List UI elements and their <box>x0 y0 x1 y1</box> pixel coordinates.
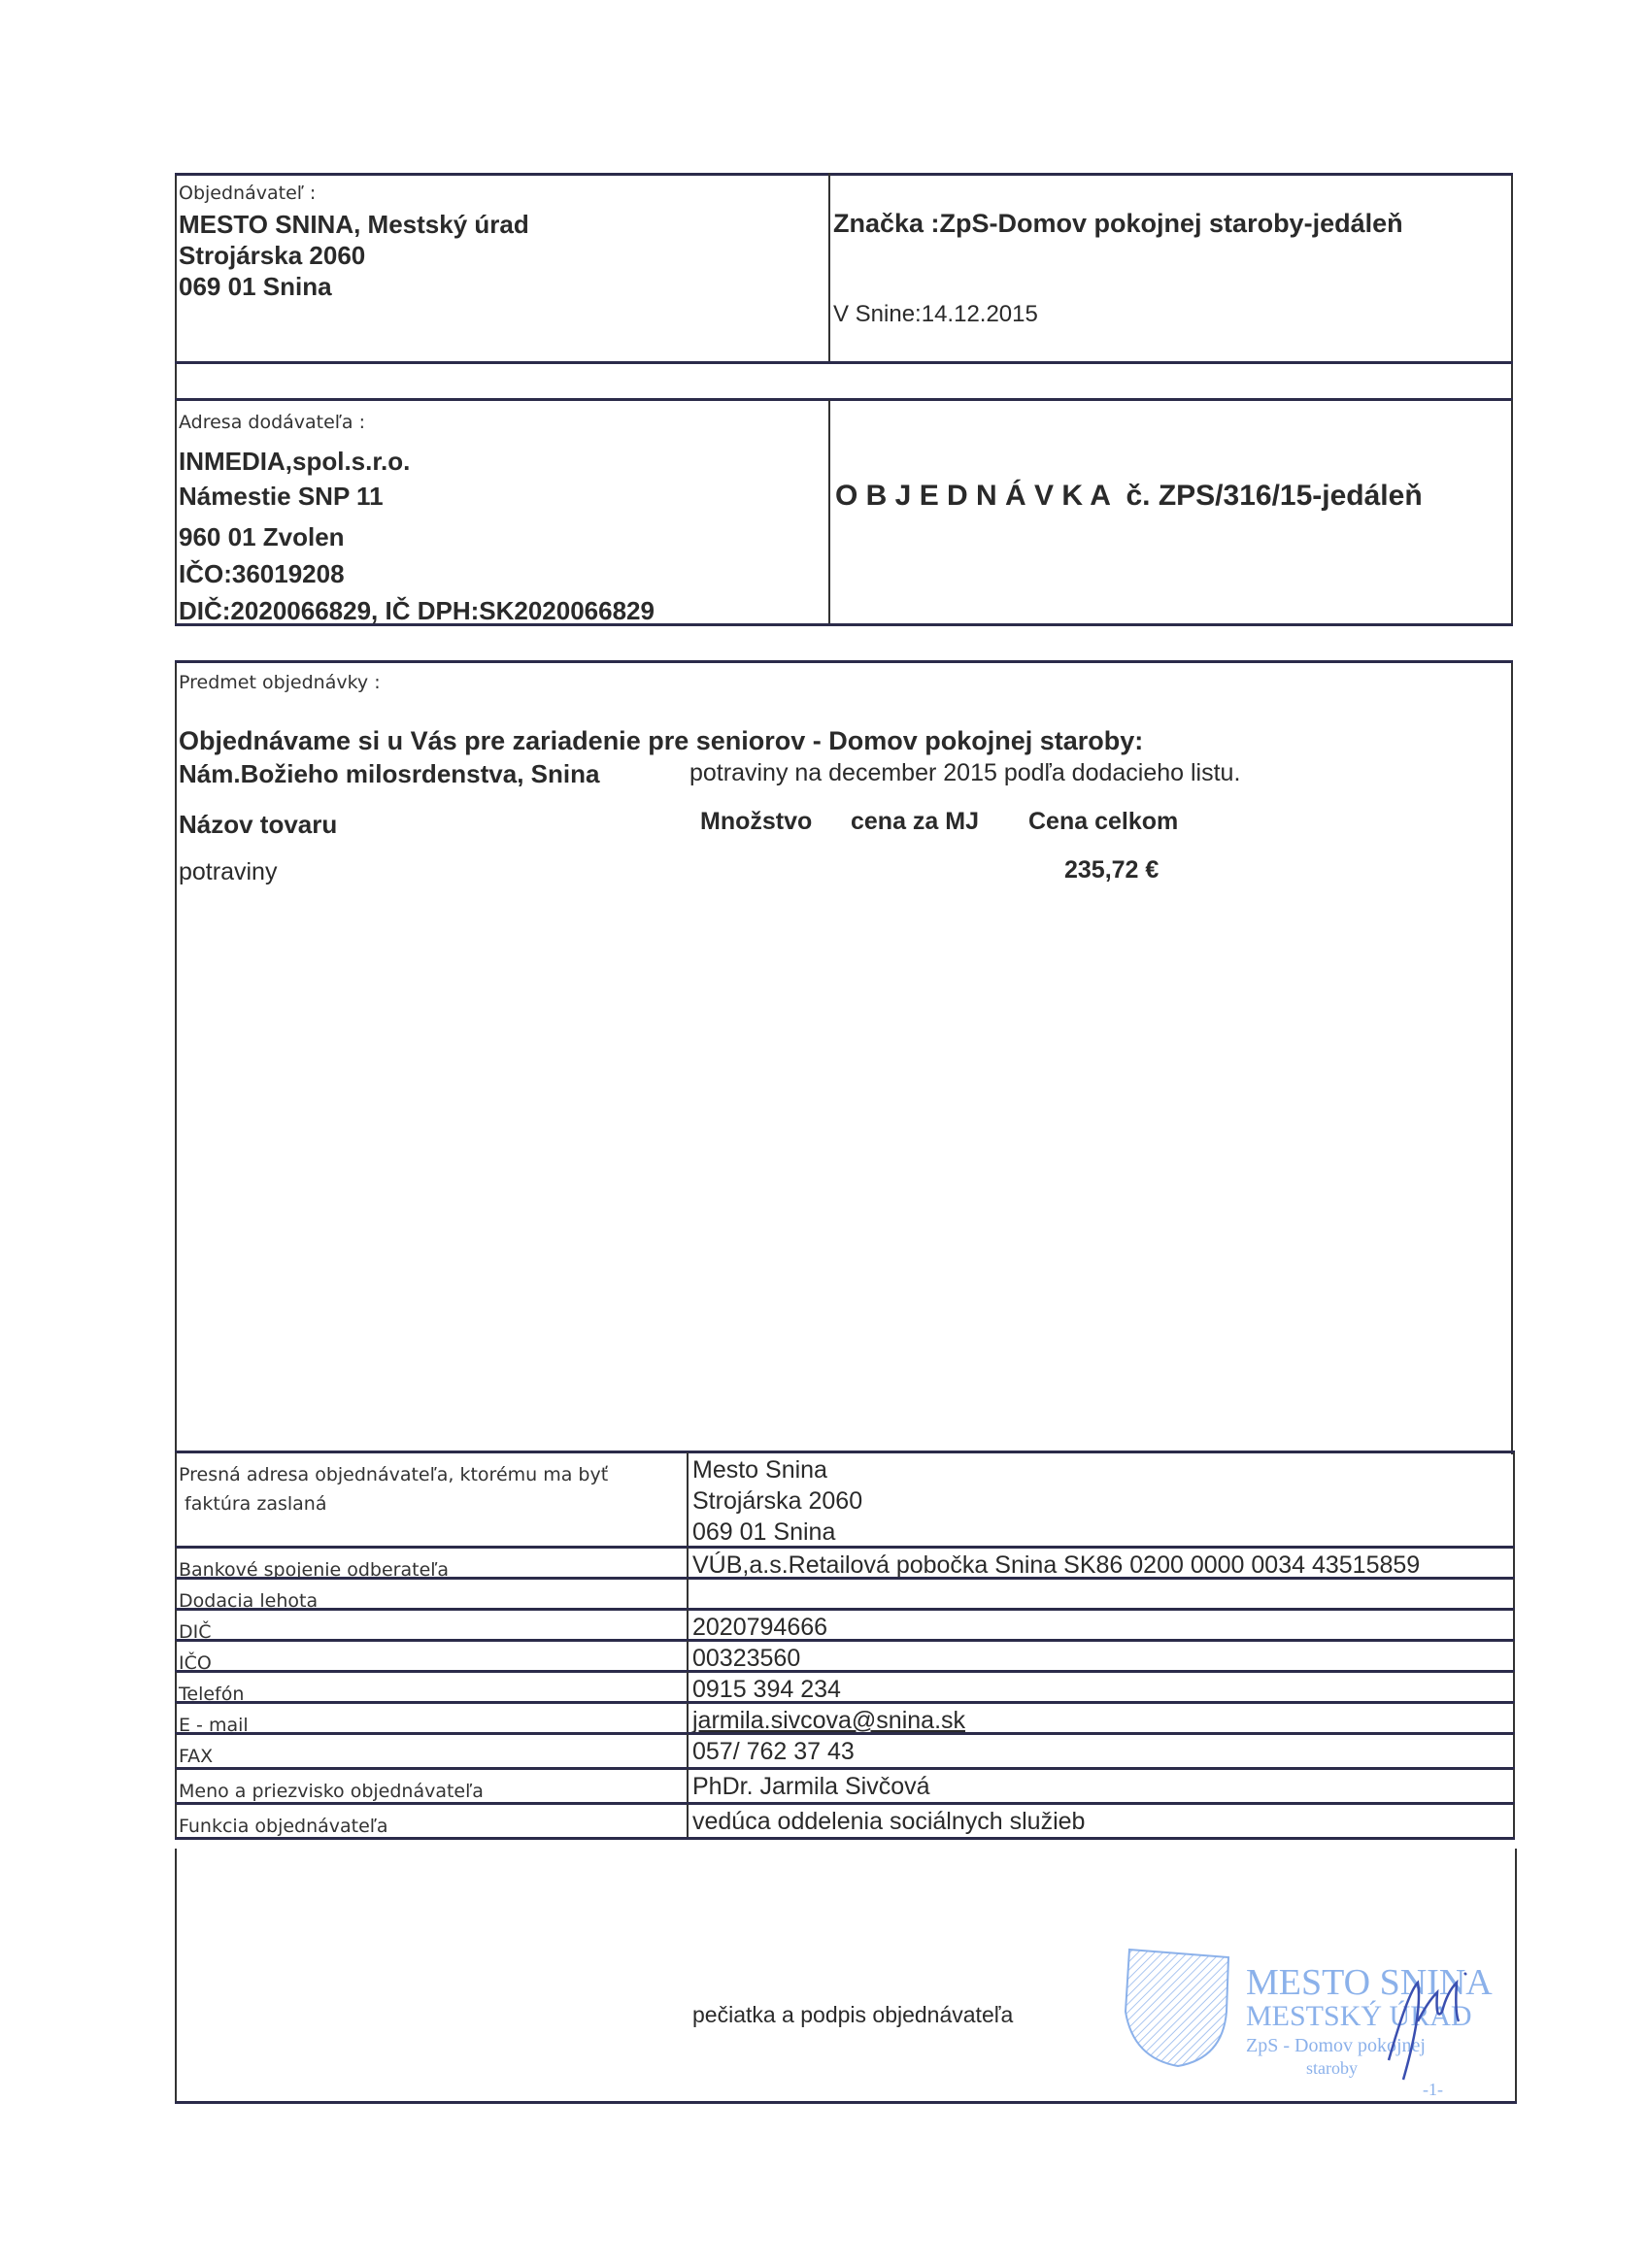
supplier-label: Adresa dodávateľa : <box>179 412 365 433</box>
item-total: 235,72 € <box>1064 856 1159 884</box>
supplier-ico: IČO:36019208 <box>179 559 345 589</box>
divider <box>175 660 1513 663</box>
details-row <box>175 1641 1515 1672</box>
details-value: VÚB,a.s.Retailová pobočka Snina SK86 020… <box>692 1551 1420 1580</box>
divider <box>828 400 830 625</box>
divider <box>687 1703 689 1734</box>
details-label: Presná adresa objednávateľa, ktorému ma … <box>179 1460 608 1518</box>
orderer-label: Objednávateľ : <box>179 183 316 204</box>
supplier-dic: DIČ:2020066829, IČ DPH:SK2020066829 <box>179 596 655 626</box>
details-value: PhDr. Jarmila Sivčová <box>692 1773 930 1801</box>
details-value: vedúca oddelenia sociálnych služieb <box>692 1808 1085 1836</box>
supplier-name: INMEDIA,spol.s.r.o. <box>179 447 410 477</box>
divider <box>687 1769 689 1804</box>
orderer-city: 069 01 Snina <box>179 272 332 302</box>
item-name: potraviny <box>179 858 277 886</box>
divider <box>175 2101 1517 2104</box>
details-row <box>175 1610 1515 1641</box>
signature-label: pečiatka a podpis objednávateľa <box>692 2002 1013 2028</box>
order-mark: Značka :ZpS-Domov pokojnej staroby-jedál… <box>833 209 1403 239</box>
divider <box>687 1548 689 1579</box>
divider <box>828 173 830 362</box>
email-link[interactable]: jarmila.sivcova@snina.sk <box>692 1707 965 1735</box>
supplier-city: 960 01 Zvolen <box>179 522 345 552</box>
place-date: V Snine:14.12.2015 <box>833 301 1038 328</box>
official-stamp: MESTO SNINA MESTSKÝ ÚRAD ZpS - Domov pok… <box>1122 1944 1520 2099</box>
supplier-street: Námestie SNP 11 <box>179 482 384 512</box>
order-title: O B J E D N Á V K A č. ZPS/316/15-jedále… <box>835 480 1423 513</box>
divider <box>687 1672 689 1703</box>
details-row <box>175 1579 1515 1610</box>
divider <box>175 361 1513 364</box>
divider <box>687 1734 689 1769</box>
orderer-street: Strojárska 2060 <box>179 241 365 271</box>
details-value: 069 01 Snina <box>692 1518 835 1547</box>
details-value: 0915 394 234 <box>692 1676 841 1704</box>
details-value: 057/ 762 37 43 <box>692 1738 855 1766</box>
subject-line2-left: Nám.Božieho milosrdenstva, Snina <box>179 759 599 789</box>
divider <box>687 1610 689 1641</box>
divider <box>687 1804 689 1839</box>
details-value: Strojárska 2060 <box>692 1487 862 1516</box>
subject-label: Predmet objednávky : <box>179 672 381 693</box>
divider <box>687 1452 689 1548</box>
divider <box>175 173 1513 176</box>
details-row <box>175 1672 1515 1703</box>
coat-of-arms-icon <box>1122 1944 1238 2070</box>
column-name: Názov tovaru <box>179 810 337 840</box>
column-qty: Množstvo <box>700 808 812 836</box>
column-total: Cena celkom <box>1028 808 1178 836</box>
orderer-block <box>175 173 1513 362</box>
details-value: Mesto Snina <box>692 1456 827 1484</box>
orderer-name: MESTO SNINA, Mestský úrad <box>179 210 529 240</box>
supplier-block <box>175 400 1513 625</box>
divider <box>687 1641 689 1672</box>
subject-line1: Objednávame si u Vás pre zariadenie pre … <box>179 726 1143 756</box>
subject-line2-right: potraviny na december 2015 podľa dodacie… <box>689 759 1240 787</box>
details-value: 00323560 <box>692 1645 800 1673</box>
divider <box>175 1837 1515 1840</box>
column-unit-price: cena za MJ <box>851 808 979 836</box>
divider <box>687 1579 689 1610</box>
separator-band <box>175 362 1513 401</box>
details-value: 2020794666 <box>692 1614 827 1642</box>
signature-scribble-icon <box>1350 1953 1496 2089</box>
